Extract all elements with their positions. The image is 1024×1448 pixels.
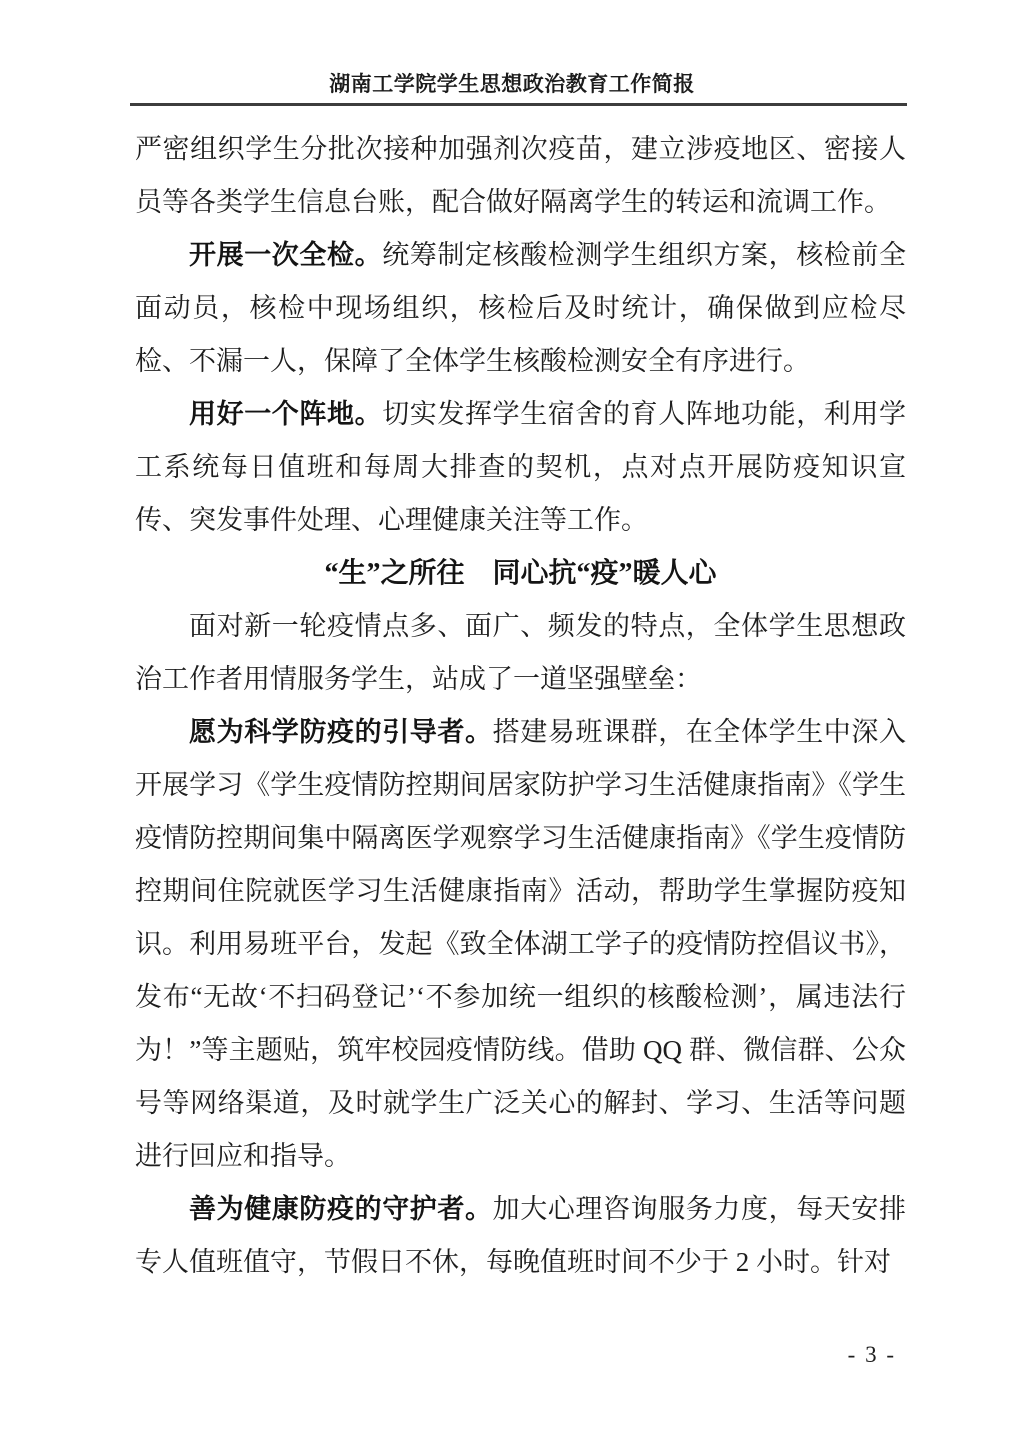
document-body: 严密组织学生分批次接种加强剂次疫苗，建立涉疫地区、密接人员等各类学生信息台账，配… xyxy=(135,123,906,1289)
header-rule xyxy=(130,103,907,106)
paragraph: 开展一次全检。统筹制定核酸检测学生组织方案，核检前全面动员，核检中现场组织，核检… xyxy=(135,229,906,388)
section-heading-text: “生”之所往 同心抗“疫”暖人心 xyxy=(324,558,716,589)
header-title: 湖南工学院学生思想政治教育工作简报 xyxy=(0,70,1024,100)
paragraph: 愿为科学防疫的引导者。搭建易班课群，在全体学生中深入开展学习《学生疫情防控期间居… xyxy=(135,706,906,1183)
page-number: - 3 - xyxy=(848,1342,896,1368)
document-page: 湖南工学院学生思想政治教育工作简报 严密组织学生分批次接种加强剂次疫苗，建立涉疫… xyxy=(0,0,1024,1448)
section-heading: “生”之所往 同心抗“疫”暖人心 xyxy=(135,547,906,600)
paragraph-text: 搭建易班课群，在全体学生中深入开展学习《学生疫情防控期间居家防护学习生活健康指南… xyxy=(135,717,906,1171)
paragraph-continuation: 严密组织学生分批次接种加强剂次疫苗，建立涉疫地区、密接人员等各类学生信息台账，配… xyxy=(135,123,906,229)
paragraph-lead: 用好一个阵地。 xyxy=(189,399,382,429)
paragraph: 面对新一轮疫情点多、面广、频发的特点，全体学生思想政治工作者用情服务学生，站成了… xyxy=(135,600,906,706)
paragraph-lead: 愿为科学防疫的引导者。 xyxy=(189,717,493,747)
paragraph-text: 严密组织学生分批次接种加强剂次疫苗，建立涉疫地区、密接人员等各类学生信息台账，配… xyxy=(135,134,906,217)
paragraph-text: 面对新一轮疫情点多、面广、频发的特点，全体学生思想政治工作者用情服务学生，站成了… xyxy=(135,611,906,694)
document-header: 湖南工学院学生思想政治教育工作简报 xyxy=(0,0,1024,106)
paragraph: 善为健康防疫的守护者。加大心理咨询服务力度，每天安排专人值班值守，节假日不休，每… xyxy=(135,1183,906,1289)
paragraph-lead: 开展一次全检。 xyxy=(189,240,382,270)
paragraph: 用好一个阵地。切实发挥学生宿舍的育人阵地功能，利用学工系统每日值班和每周大排查的… xyxy=(135,388,906,547)
paragraph-lead: 善为健康防疫的守护者。 xyxy=(189,1194,493,1224)
